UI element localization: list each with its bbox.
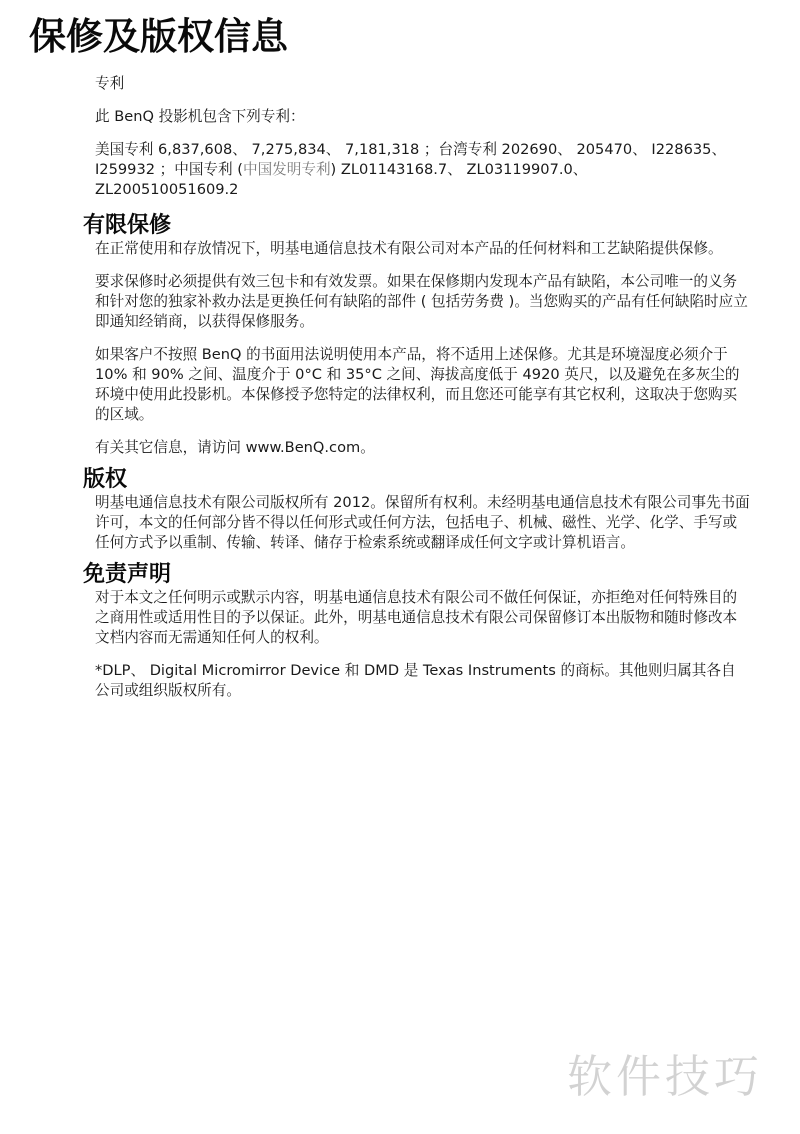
patents-list-line-2: I259932 ；中国专利 (中国发明专利) ZL01143168.7、 ZL0…	[95, 160, 750, 180]
copyright-paragraph: 明基电通信息技术有限公司版权所有 2012。保留所有权利。未经明基电通信息技术有…	[95, 493, 750, 553]
patents-label: 专利	[95, 74, 750, 94]
warranty-paragraph: 如果客户不按照 BenQ 的书面用法说明使用本产品，将不适用上述保修。尤其是环境…	[95, 345, 750, 425]
warranty-section: 有限保修 在正常使用和存放情况下，明基电通信息技术有限公司对本产品的任何材料和工…	[83, 213, 753, 458]
disclaimer-heading: 免责声明	[83, 562, 753, 588]
trademark-paragraph: *DLP、 Digital Micromirror Device 和 DMD 是…	[95, 661, 750, 701]
copyright-heading: 版权	[83, 467, 753, 493]
patents-intro: 此 BenQ 投影机包含下列专利：	[95, 107, 750, 127]
patents-list-line-3: ZL200510051609.2	[95, 180, 750, 200]
watermark: 软件技巧	[567, 1040, 763, 1105]
patents-list-line-2-end: ) ZL01143168.7、 ZL03119907.0、	[331, 161, 588, 178]
china-invention-patent-label: 中国发明专利	[243, 161, 331, 178]
warranty-website-paragraph: 有关其它信息，请访问 www.BenQ.com。	[95, 438, 750, 458]
warranty-paragraph: 在正常使用和存放情况下，明基电通信息技术有限公司对本产品的任何材料和工艺缺陷提供…	[95, 239, 750, 259]
patents-list-line-2-start: I259932 ；中国专利 (	[95, 161, 243, 178]
warranty-paragraph: 要求保修时必须提供有效三包卡和有效发票。如果在保修期内发现本产品有缺陷，本公司唯…	[95, 272, 750, 332]
patents-list: 美国专利 6,837,608、 7,275,834、 7,181,318 ；台湾…	[95, 140, 750, 200]
document-body: 专利 此 BenQ 投影机包含下列专利： 美国专利 6,837,608、 7,2…	[83, 74, 753, 701]
copyright-section: 版权 明基电通信息技术有限公司版权所有 2012。保留所有权利。未经明基电通信息…	[83, 467, 753, 553]
warranty-heading: 有限保修	[83, 213, 753, 239]
patents-list-line-1: 美国专利 6,837,608、 7,275,834、 7,181,318 ；台湾…	[95, 140, 750, 160]
patents-section: 专利 此 BenQ 投影机包含下列专利： 美国专利 6,837,608、 7,2…	[83, 74, 753, 200]
disclaimer-section: 免责声明 对于本文之任何明示或默示内容，明基电通信息技术有限公司不做任何保证，亦…	[83, 562, 753, 701]
page-title: 保修及版权信息	[29, 14, 288, 60]
disclaimer-paragraph: 对于本文之任何明示或默示内容，明基电通信息技术有限公司不做任何保证，亦拒绝对任何…	[95, 588, 750, 648]
